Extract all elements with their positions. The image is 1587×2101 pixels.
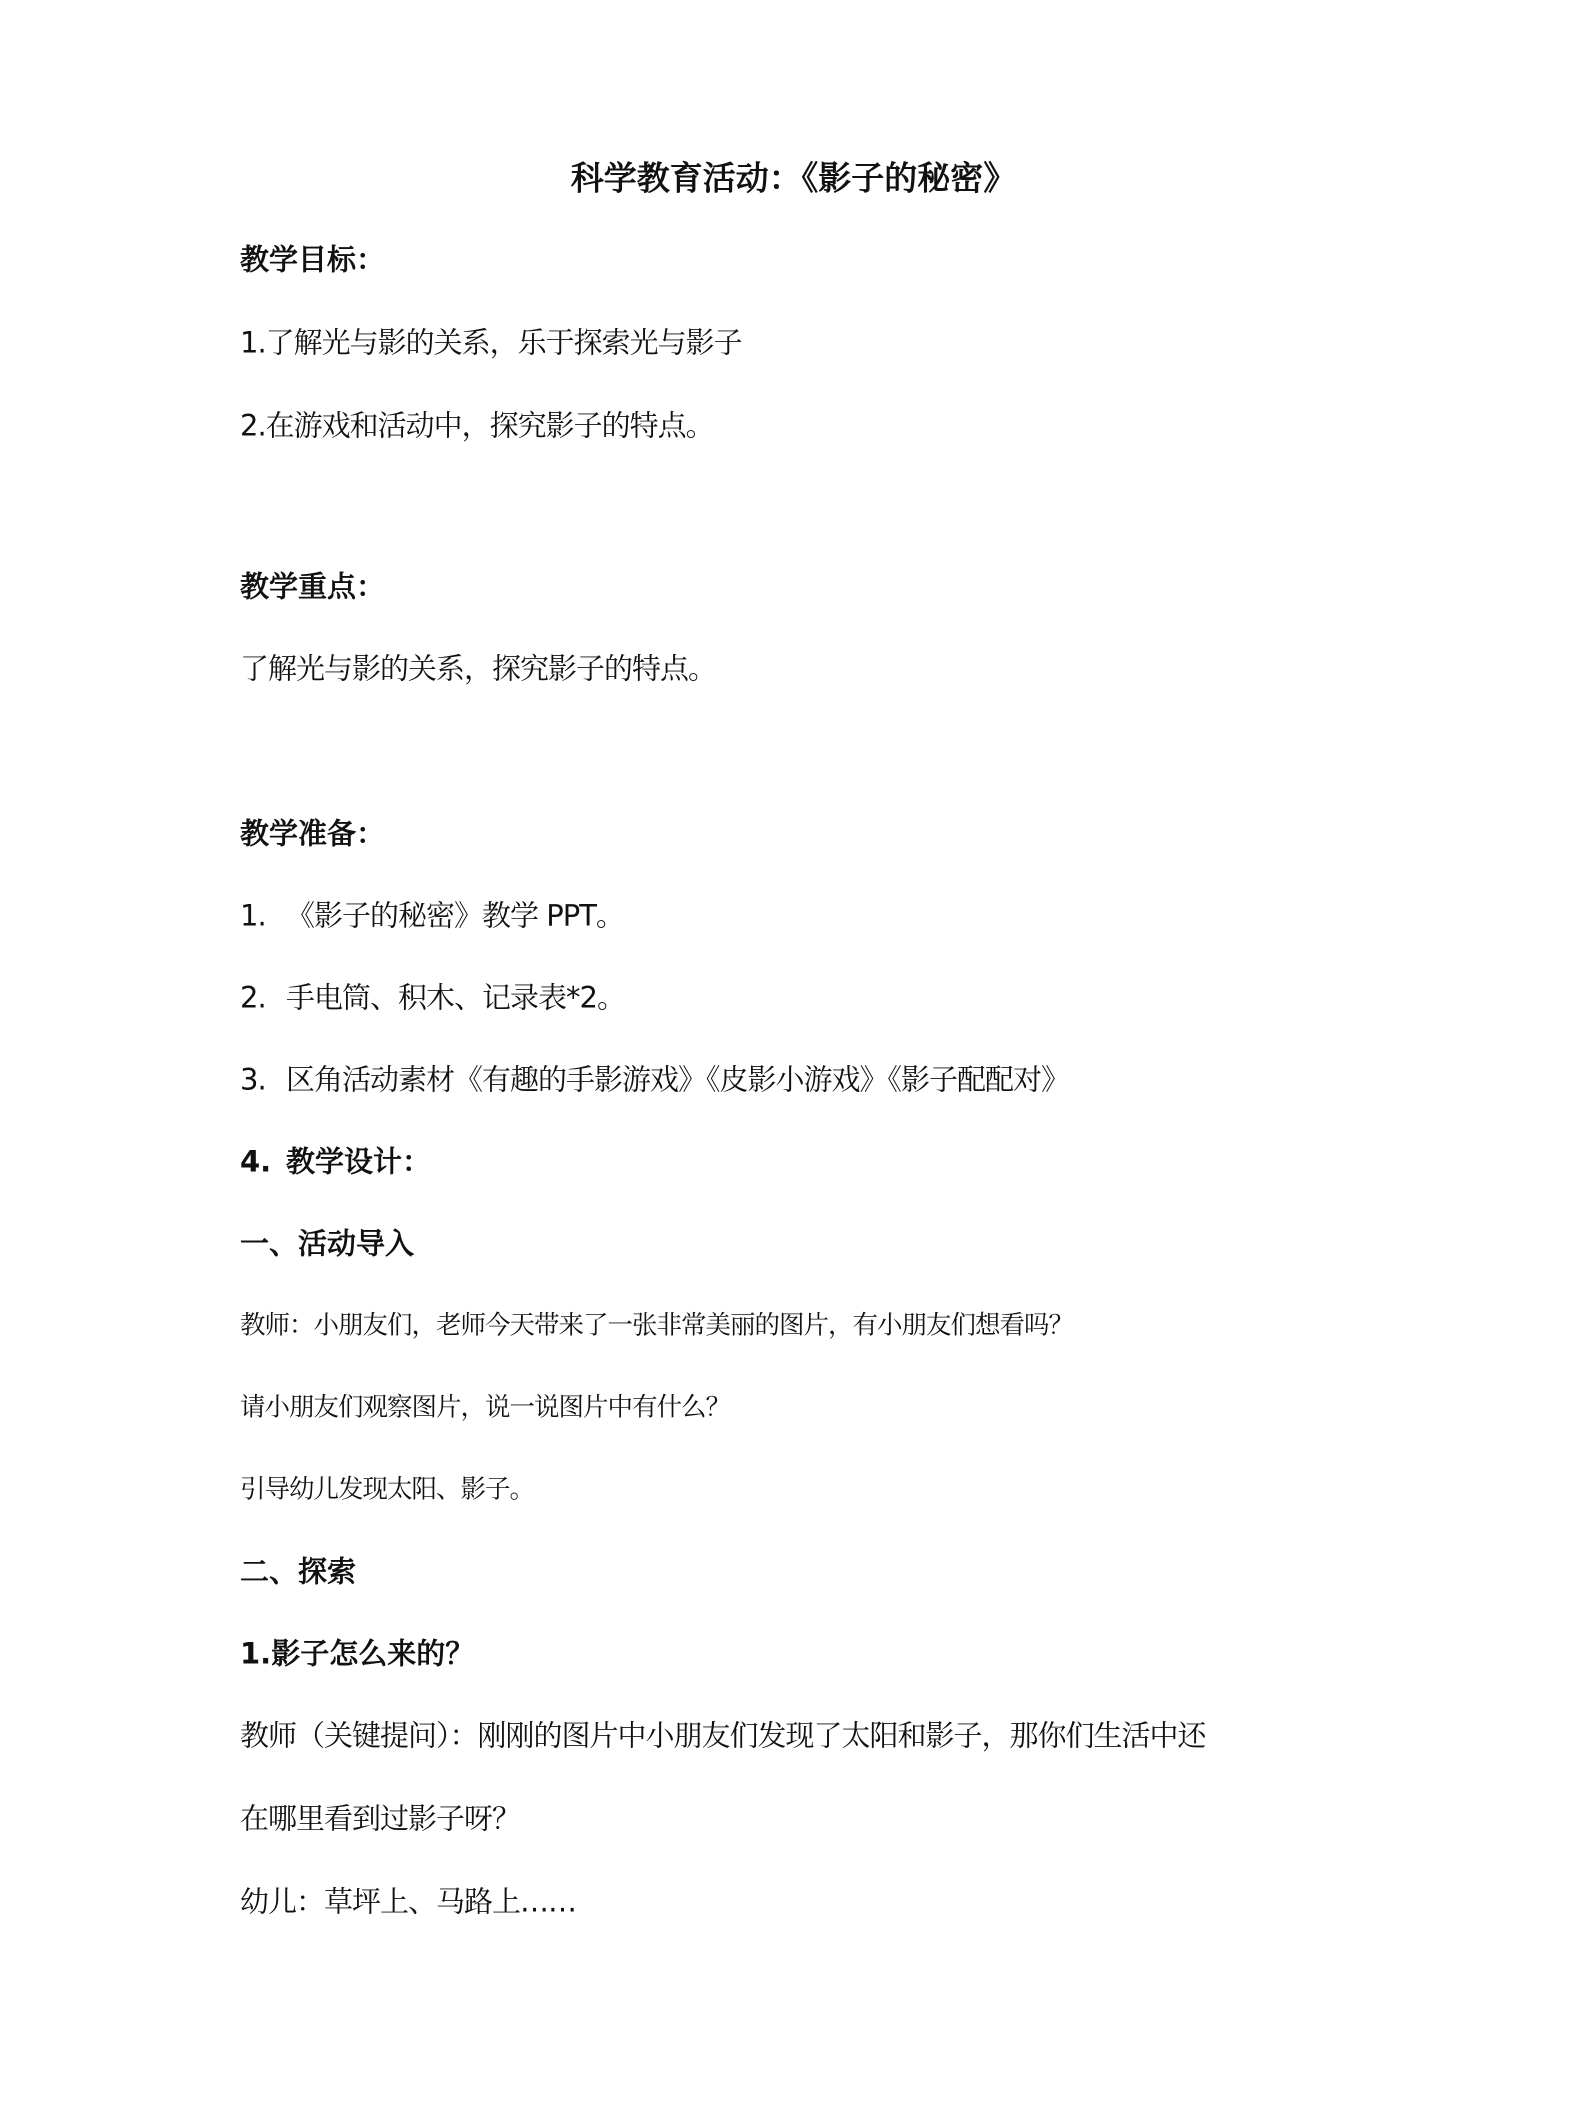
preparation-item: 3.区角活动素材《有趣的手影游戏》《皮影小游戏》《影子配配对》 bbox=[240, 1066, 1069, 1095]
section1-line: 请小朋友们观察图片，说一说图片中有什么？ bbox=[240, 1395, 730, 1421]
section2-line: 幼儿：草坪上、马路上…… bbox=[240, 1888, 576, 1917]
section2-subheading: 1.影子怎么来的？ bbox=[240, 1640, 474, 1669]
preparation-heading: 教学准备： bbox=[240, 820, 385, 849]
preparation-item: 2.手电筒、积木、记录表*2。 bbox=[240, 984, 625, 1013]
objective-item: 1.了解光与影的关系，乐于探索光与影子 bbox=[240, 329, 742, 358]
section1-line: 教师：小朋友们，老师今天带来了一张非常美丽的图片，有小朋友们想看吗？ bbox=[240, 1313, 1073, 1339]
objective-item: 2.在游戏和活动中，探究影子的特点。 bbox=[240, 412, 714, 441]
preparation-item: 1.《影子的秘密》教学 PPT。 bbox=[240, 902, 624, 931]
list-text: 手电筒、积木、记录表*2。 bbox=[286, 981, 625, 1015]
list-text: 区角活动素材《有趣的手影游戏》《皮影小游戏》《影子配配对》 bbox=[286, 1063, 1069, 1097]
section2-line: 在哪里看到过影子呀？ bbox=[240, 1805, 520, 1834]
key-points-heading: 教学重点： bbox=[240, 573, 385, 602]
preparation-item-design: 4.教学设计： bbox=[240, 1148, 431, 1177]
key-points-text: 了解光与影的关系，探究影子的特点。 bbox=[240, 655, 716, 684]
section1-heading: 一、活动导入 bbox=[240, 1230, 414, 1259]
list-text: 教学设计： bbox=[286, 1145, 431, 1179]
objectives-heading: 教学目标： bbox=[240, 246, 385, 275]
list-number: 3. bbox=[240, 1066, 286, 1095]
document-title: 科学教育活动：《影子的秘密》 bbox=[0, 162, 1587, 195]
section2-line: 教师（关键提问）：刚刚的图片中小朋友们发现了太阳和影子，那你们生活中还 bbox=[240, 1722, 1206, 1751]
list-number: 2. bbox=[240, 984, 286, 1013]
section2-heading: 二、探索 bbox=[240, 1558, 356, 1587]
list-number: 4. bbox=[240, 1148, 286, 1177]
list-number: 1. bbox=[240, 902, 286, 931]
list-text: 《影子的秘密》教学 PPT。 bbox=[286, 899, 624, 933]
section1-line: 引导幼儿发现太阳、影子。 bbox=[240, 1477, 534, 1503]
